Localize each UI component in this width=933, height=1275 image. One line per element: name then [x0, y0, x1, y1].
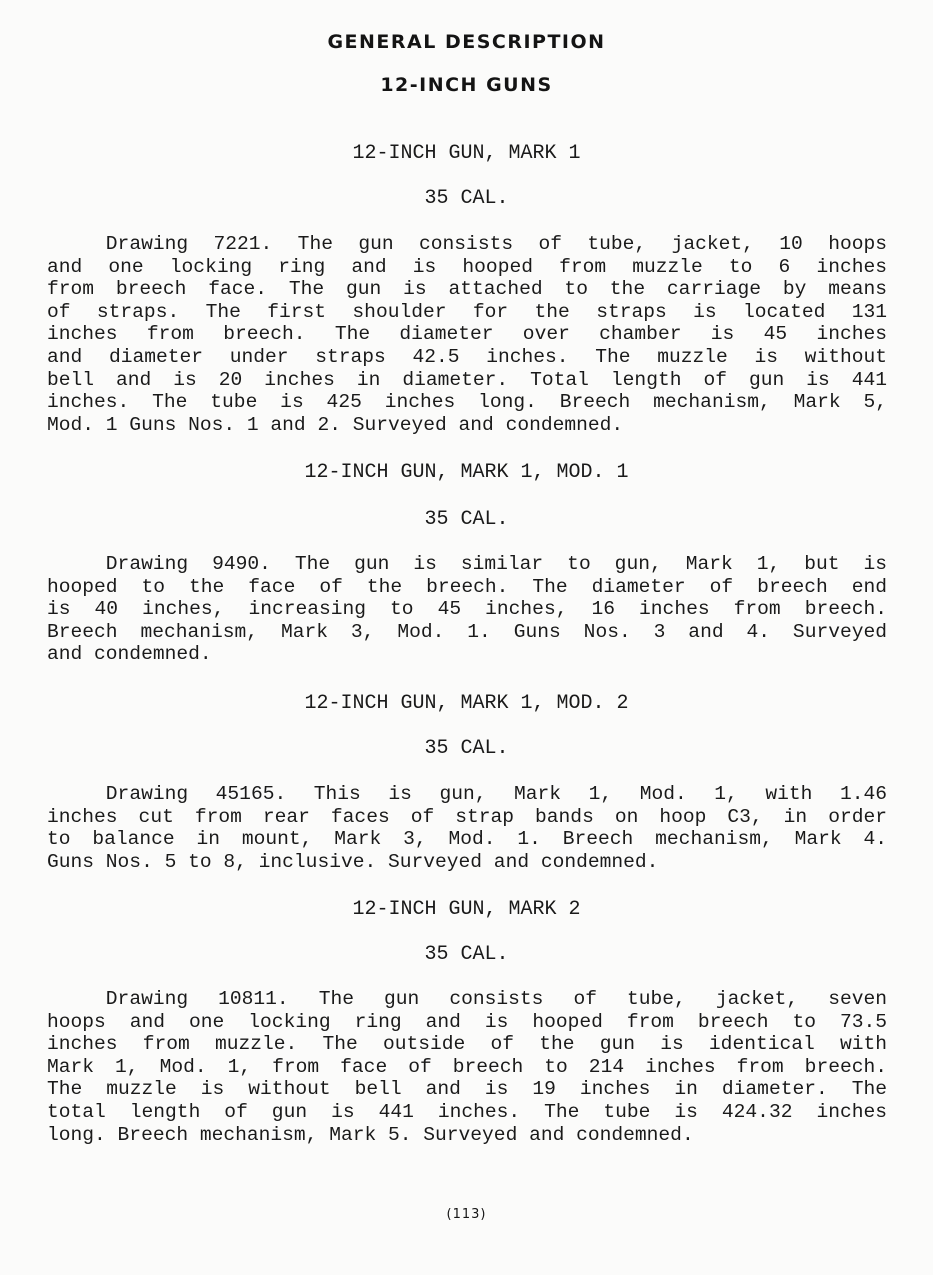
- text-line: to balance in mount, Mark 3, Mod. 1. Bre…: [47, 828, 887, 851]
- text-line: inches cut from rear faces of strap band…: [47, 806, 887, 829]
- text-line: hooped to the face of the breech. The di…: [47, 576, 887, 599]
- page-title: GENERAL DESCRIPTION: [0, 31, 933, 53]
- text-line: hoops and one locking ring and is hooped…: [47, 1011, 887, 1034]
- text-line: inches. The tube is 425 inches long. Bre…: [47, 391, 887, 414]
- section-heading: 12-INCH GUN, MARK 1, MOD. 2: [0, 692, 933, 715]
- text-line: long. Breech mechanism, Mark 5. Surveyed…: [47, 1124, 887, 1147]
- text-line: Drawing 7221. The gun consists of tube, …: [47, 233, 887, 256]
- text-line: from breech face. The gun is attached to…: [47, 278, 887, 301]
- document-page: GENERAL DESCRIPTION 12-INCH GUNS 12-INCH…: [0, 0, 933, 1275]
- text-line: and diameter under straps 42.5 inches. T…: [47, 346, 887, 369]
- section-paragraph: Drawing 9490. The gun is similar to gun,…: [47, 553, 887, 666]
- text-line: Drawing 45165. This is gun, Mark 1, Mod.…: [47, 783, 887, 806]
- text-line: bell and is 20 inches in diameter. Total…: [47, 369, 887, 392]
- text-line: and one locking ring and is hooped from …: [47, 256, 887, 279]
- section-heading: 12-INCH GUN, MARK 1, MOD. 1: [0, 461, 933, 484]
- section-caliber: 35 CAL.: [0, 943, 933, 966]
- section-paragraph: Drawing 45165. This is gun, Mark 1, Mod.…: [47, 783, 887, 873]
- section-heading: 12-INCH GUN, MARK 1: [0, 142, 933, 165]
- section-caliber: 35 CAL.: [0, 508, 933, 531]
- text-line: total length of gun is 441 inches. The t…: [47, 1101, 887, 1124]
- page-number: (113): [0, 1207, 933, 1222]
- section-caliber: 35 CAL.: [0, 187, 933, 210]
- text-line: Drawing 9490. The gun is similar to gun,…: [47, 553, 887, 576]
- section-heading: 12-INCH GUN, MARK 2: [0, 898, 933, 921]
- text-line: The muzzle is without bell and is 19 inc…: [47, 1078, 887, 1101]
- page-subtitle: 12-INCH GUNS: [0, 74, 933, 96]
- section-caliber: 35 CAL.: [0, 737, 933, 760]
- text-line: and condemned.: [47, 643, 887, 666]
- text-line: Drawing 10811. The gun consists of tube,…: [47, 988, 887, 1011]
- text-line: is 40 inches, increasing to 45 inches, 1…: [47, 598, 887, 621]
- section-paragraph: Drawing 7221. The gun consists of tube, …: [47, 233, 887, 436]
- text-line: inches from breech. The diameter over ch…: [47, 323, 887, 346]
- section-paragraph: Drawing 10811. The gun consists of tube,…: [47, 988, 887, 1146]
- text-line: Mod. 1 Guns Nos. 1 and 2. Surveyed and c…: [47, 414, 887, 437]
- text-line: Guns Nos. 5 to 8, inclusive. Surveyed an…: [47, 851, 887, 874]
- text-line: of straps. The first shoulder for the st…: [47, 301, 887, 324]
- text-line: Breech mechanism, Mark 3, Mod. 1. Guns N…: [47, 621, 887, 644]
- text-line: Mark 1, Mod. 1, from face of breech to 2…: [47, 1056, 887, 1079]
- text-line: inches from muzzle. The outside of the g…: [47, 1033, 887, 1056]
